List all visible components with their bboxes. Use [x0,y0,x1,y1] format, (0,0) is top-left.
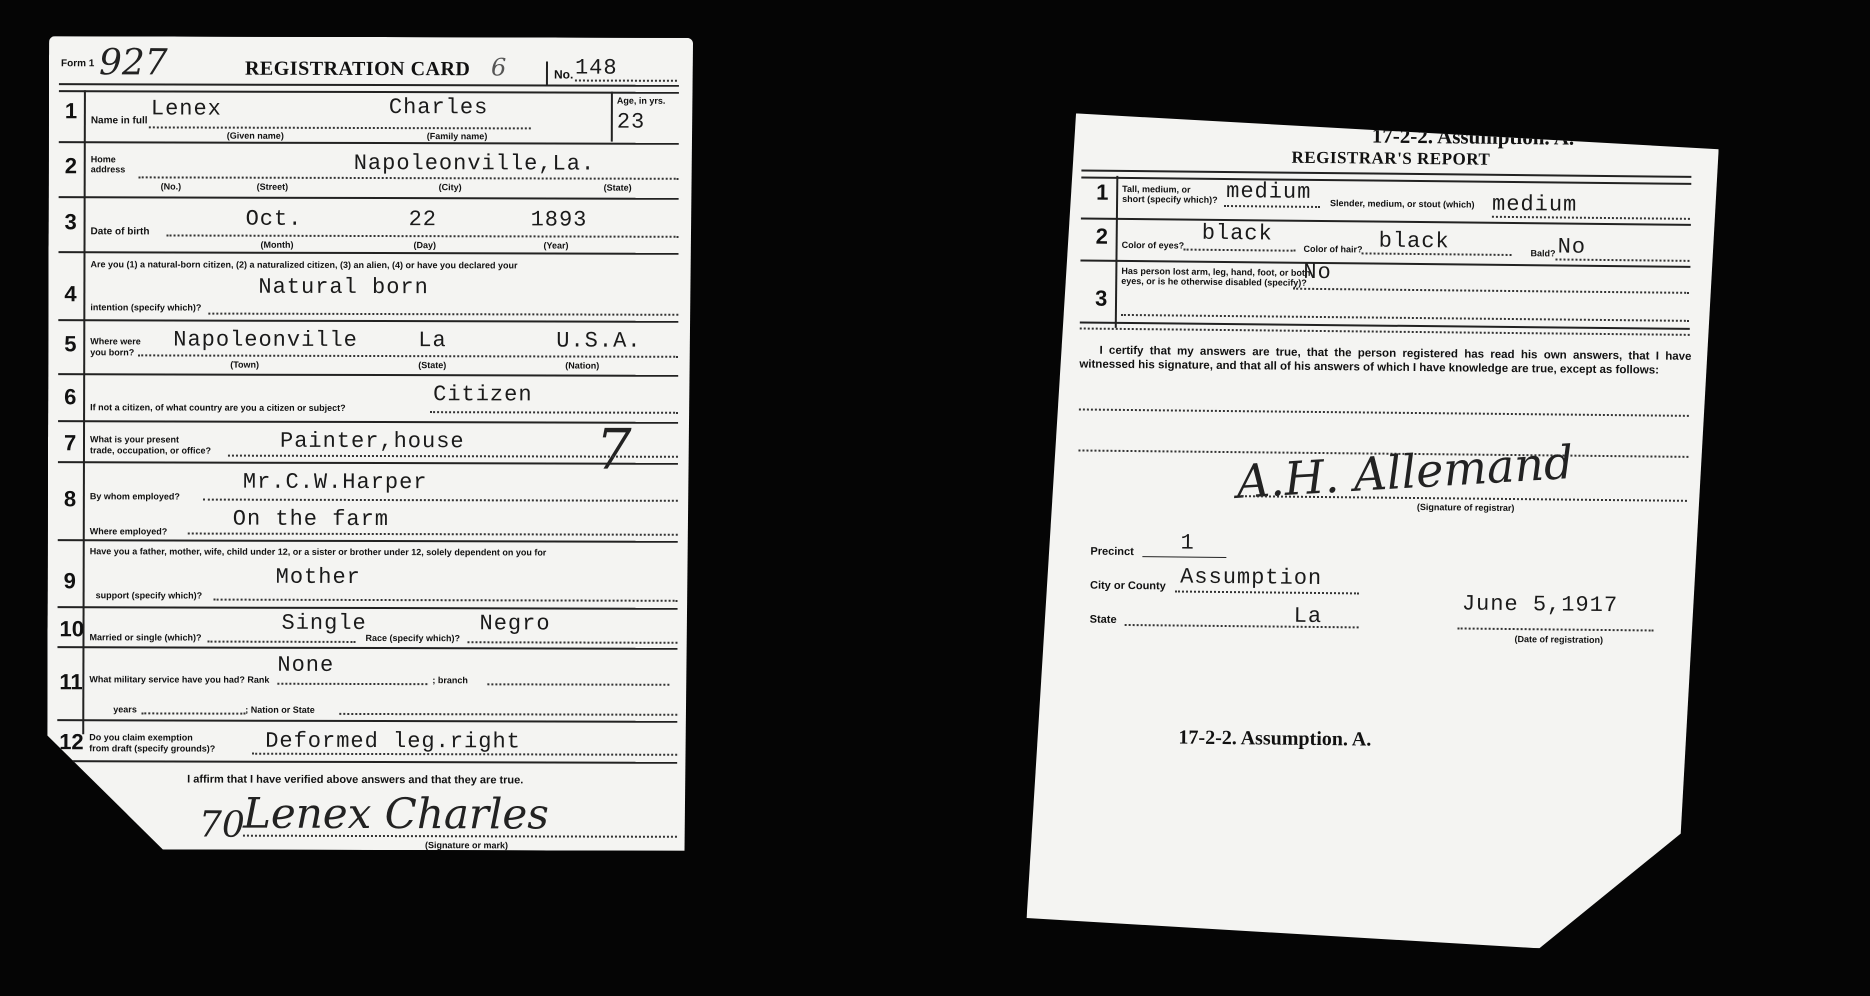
dotted-line [467,641,677,644]
disability-label-2: eyes, or is he otherwise disabled (speci… [1121,276,1307,288]
caption: (State) [418,360,446,370]
name-label: Name in full [91,115,148,126]
card-number: 148 [575,56,618,81]
affirmation-text: I affirm that I have verified above answ… [187,774,523,787]
years-label: years [113,704,137,714]
intention-label: intention (specify which)? [90,302,201,312]
header-rule [59,83,679,94]
signature-caption: (Signature or mark) [425,840,508,850]
dotted-line [188,533,678,536]
dotted-line [203,499,678,502]
row-number: 9 [64,568,76,594]
birth-day: 22 [409,207,437,232]
birth-nation: U.S.A. [556,328,641,353]
form-handwritten-number: 927 [99,42,168,83]
handwritten-mark: 7 [596,418,632,483]
age-value: 23 [617,110,645,135]
row-rule [58,420,678,424]
birth-state: La [418,328,446,353]
registrant-signature: Lenex Charles [243,789,549,839]
registration-card: Form 1 927 REGISTRATION CARD 6 No. 148 1… [47,36,693,851]
exemption-label-2: from draft (specify grounds)? [89,743,215,753]
row-number: 6 [64,384,76,410]
registrars-report-card: 17-2-2. Assumption. A. REGISTRAR'S REPOR… [1026,113,1719,950]
form-label: Form 1 [61,58,94,69]
exemption-label-1: Do you claim exemption [89,732,193,742]
row-number: 8 [64,486,76,512]
caption: (Year) [544,240,569,250]
row-number: 2 [65,153,77,179]
caption: (Street) [257,182,289,192]
dob-label: Date of birth [91,226,150,237]
row-rule [57,719,677,723]
row-number: 2 [1096,224,1109,250]
bald-label: Bald? [1531,248,1556,258]
header-rule [1081,169,1691,184]
nation-state-label: ; Nation or State [245,705,315,715]
height-label-2: short (specify which)? [1122,194,1218,205]
dotted-line [277,683,427,685]
dotted-line [207,641,355,643]
exception-line [1079,408,1689,416]
employer-label: By whom employed? [90,491,180,501]
registrar-signature-caption: (Signature of registrar) [1417,502,1515,513]
dotted-line [1458,627,1654,631]
birth-town: Napoleonville [173,327,358,352]
bald-value: No [1557,234,1586,259]
build-value: medium [1492,192,1577,218]
dotted-line [1293,288,1689,294]
county-label: City or County [1090,580,1166,593]
height-value: medium [1226,179,1311,205]
dotted-line [1125,624,1359,628]
occupation-label-1: What is your present [90,434,179,444]
given-name-caption: (Given name) [227,131,284,141]
dotted-line [252,753,677,756]
row-number: 3 [65,209,77,235]
citizen-of-label: If not a citizen, of what country are yo… [90,402,346,413]
precinct-label: Precinct [1090,546,1134,558]
family-name-caption: (Family name) [427,131,488,141]
height-label-1: Tall, medium, or [1122,184,1190,195]
married-label: Married or single (which)? [89,632,201,642]
row-rule [59,196,679,200]
row-number: 10 [59,616,84,642]
where-employed-label: Where employed? [90,526,168,536]
birth-year: 1893 [531,207,588,232]
card-title: REGISTRATION CARD [245,58,470,82]
dotted-line [214,599,678,602]
dotted-line [139,176,679,179]
dotted-line [1224,205,1320,208]
row-number: 12 [59,729,84,755]
no-label: No. [554,67,573,81]
caption: (State) [604,183,632,193]
dotted-line [149,126,531,129]
citizen-of-value: Citizen [433,382,532,407]
address-label: address [91,164,126,174]
row-rule [59,141,679,145]
row-rule [57,646,677,650]
date-caption: (Date of registration) [1514,634,1603,645]
dotted-line [1184,249,1296,252]
married-value: Single [281,611,366,636]
row-rule [57,760,677,764]
caption: (No.) [161,181,182,191]
caption: (Day) [414,240,437,250]
row-number: 11 [59,669,82,695]
dotted-line [208,313,678,316]
citizenship-value: Natural born [258,275,429,300]
caption: (City) [439,182,462,192]
age-label: Age, in yrs. [617,96,666,106]
support-label: support (specify which)? [96,590,203,600]
signature-prefix-mark: 70 [199,805,245,846]
race-value: Negro [479,611,550,636]
exemption-value: Deformed leg.right [265,729,521,755]
row-rule [58,606,678,610]
where-employed-value: On the farm [233,507,389,532]
eye-color-label: Color of eyes? [1122,240,1185,251]
stamp-top: 17-2-2. Assumption. A. [1372,124,1575,151]
state-label: State [1090,614,1117,626]
family-name: Charles [389,95,488,120]
born-label-1: Where were [90,336,141,346]
title-pencil-mark: 6 [491,53,506,81]
precinct-value: 1 [1180,531,1194,556]
row-number: 3 [1095,286,1108,312]
occupation-value: Painter,house [280,429,465,454]
dotted-line [1175,590,1359,594]
caption: (Town) [230,360,259,370]
home-address: Napoleonville,La. [354,151,596,177]
dotted-line [1555,258,1689,261]
divider [546,61,548,85]
caption: (Month) [261,240,294,250]
row-rule [58,539,678,543]
dotted-line [141,712,245,714]
number-column-divider [1115,176,1119,328]
home-label: Home [91,154,116,164]
birth-month: Oct. [246,207,303,232]
caption: (Nation) [565,361,599,371]
dotted-line [138,354,678,357]
row-number: 5 [64,331,76,357]
report-title: REGISTRAR'S REPORT [1291,148,1490,170]
born-label-2: you born? [90,347,134,357]
stamp-bottom: 17-2-2. Assumption. A. [1178,727,1371,752]
dependents-value: Mother [276,565,361,590]
hair-color-label: Color of hair? [1304,244,1363,255]
military-label: What military service have you had? Rank [89,674,269,684]
branch-label: ; branch [432,675,468,685]
given-name: Lenex [151,96,222,121]
rank-value: None [277,653,334,678]
employer-value: Mr.C.W.Harper [243,470,428,495]
dotted-line [1121,314,1689,322]
dotted-line [430,411,678,414]
dependents-question: Have you a father, mother, wife, child u… [90,546,547,557]
occupation-label-2: trade, occupation, or office? [90,445,211,455]
hair-color-value: black [1379,229,1450,255]
row-rule [58,319,678,323]
eye-color-value: black [1202,221,1273,247]
dotted-line [1492,216,1690,220]
row-number: 7 [64,430,76,456]
race-label: Race (specify which)? [365,633,460,643]
dotted-line [228,455,678,458]
age-divider [611,92,613,142]
disability-value: No [1303,260,1332,285]
precinct-line [1142,556,1226,558]
dotted-line [487,683,669,685]
dotted-line [1362,252,1512,256]
row-rule [58,373,678,377]
county-value: Assumption [1180,565,1322,591]
row-number: 1 [1096,180,1109,206]
registration-date: June 5,1917 [1462,591,1618,618]
dotted-line [339,713,677,716]
row-rule [58,251,678,255]
certification-text: I certify that my answers are true, that… [1079,343,1691,377]
citizenship-question: Are you (1) a natural-born citizen, (2) … [90,259,517,270]
dotted-line [167,234,679,237]
row-number: 4 [64,281,76,307]
row-rule [58,461,678,465]
dotted-line [575,80,677,82]
row-number: 1 [65,98,77,124]
build-label: Slender, medium, or stout (which) [1330,198,1475,210]
